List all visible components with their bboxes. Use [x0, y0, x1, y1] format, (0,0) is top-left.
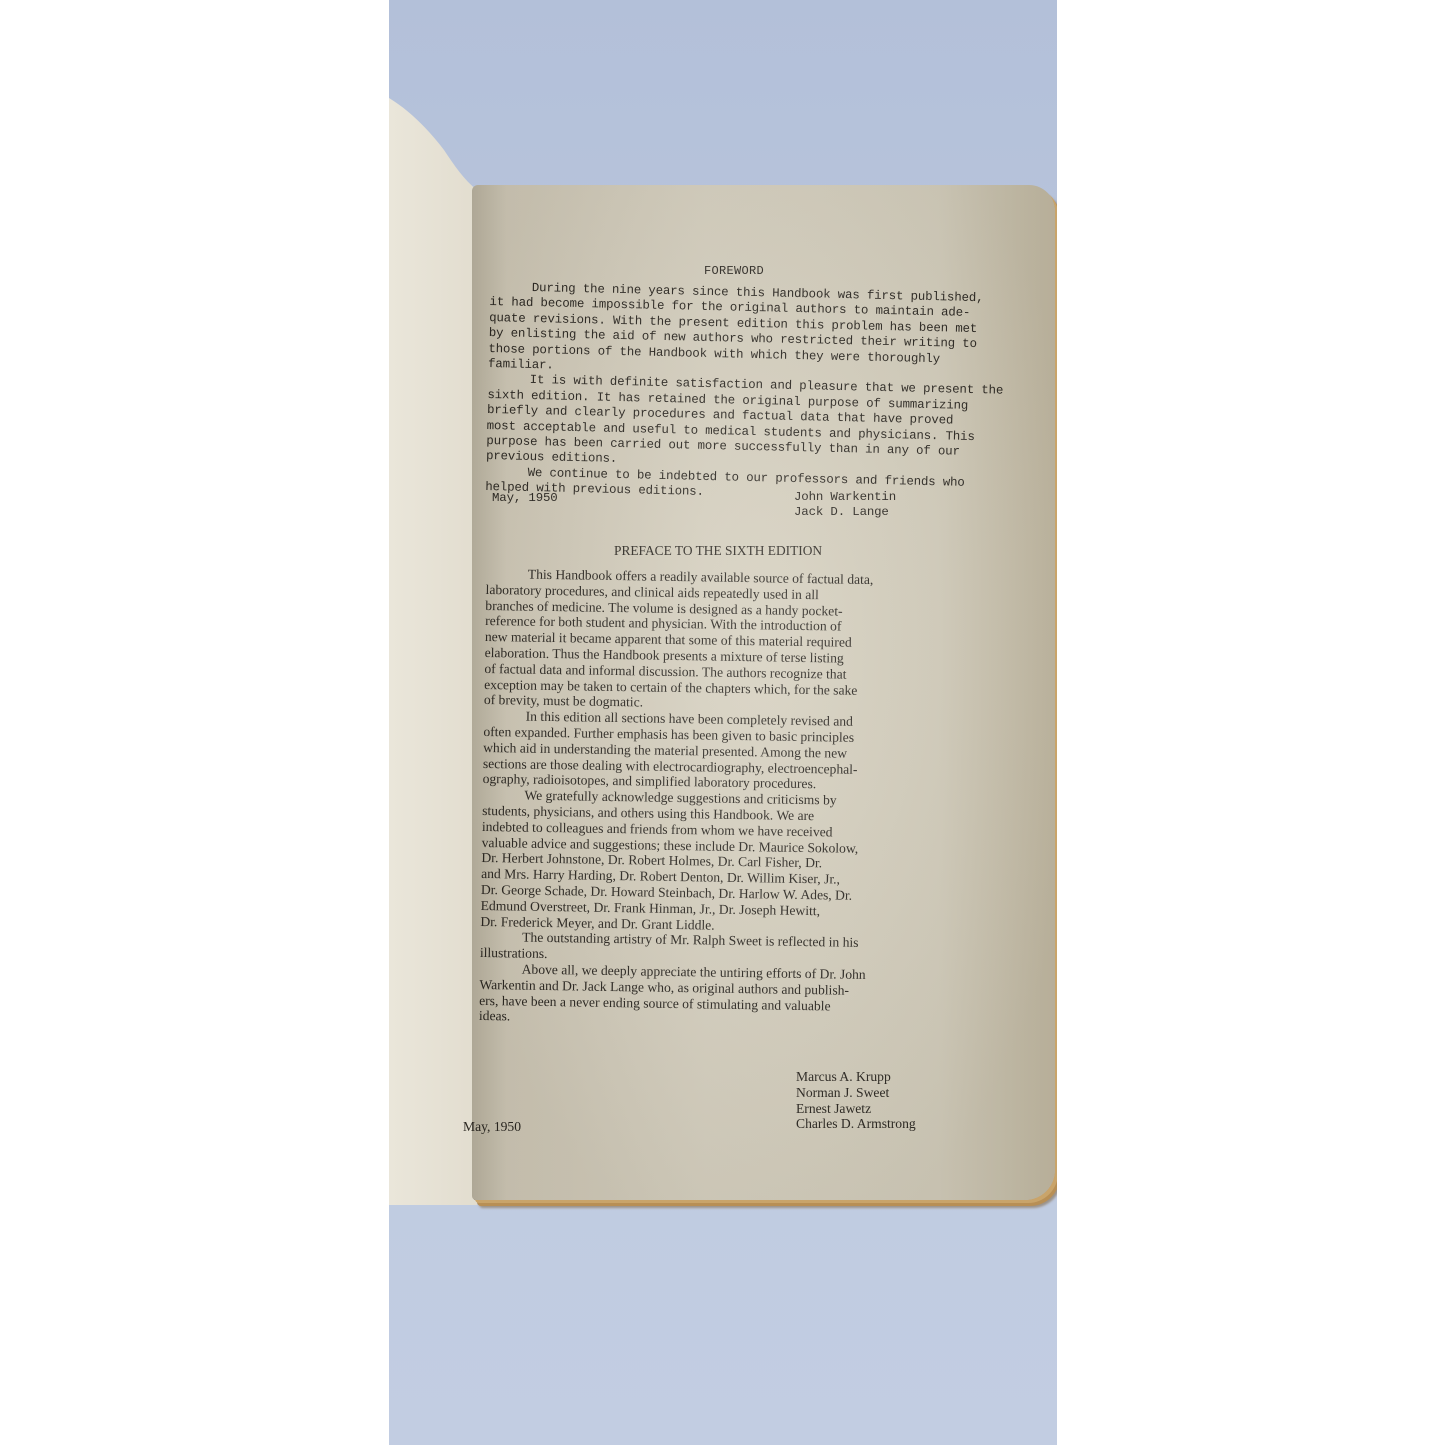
foreword-title: FOREWORD [704, 264, 764, 278]
preface-signatures: Marcus A. Krupp Norman J. Sweet Ernest J… [796, 1069, 916, 1132]
foreword-body: During the nine years since this Handboo… [485, 280, 1005, 507]
preface-body: This Handbook offers a readily available… [479, 566, 874, 1030]
book-photo: FOREWORD During the nine years since thi… [389, 0, 1057, 1445]
preface-title: PREFACE TO THE SIXTH EDITION [614, 543, 822, 559]
signatory: Charles D. Armstrong [796, 1116, 916, 1132]
preface-date: May, 1950 [463, 1119, 521, 1135]
signatory: Ernest Jawetz [796, 1101, 916, 1117]
signatory: Norman J. Sweet [796, 1085, 916, 1101]
signatory: Marcus A. Krupp [796, 1069, 916, 1085]
foreword-signatures: John Warkentin Jack D. Lange [794, 490, 896, 521]
signatory: Jack D. Lange [794, 505, 896, 520]
foreword-date: May, 1950 [492, 491, 558, 506]
book-page: FOREWORD During the nine years since thi… [472, 185, 1055, 1200]
signatory: John Warkentin [794, 490, 896, 505]
